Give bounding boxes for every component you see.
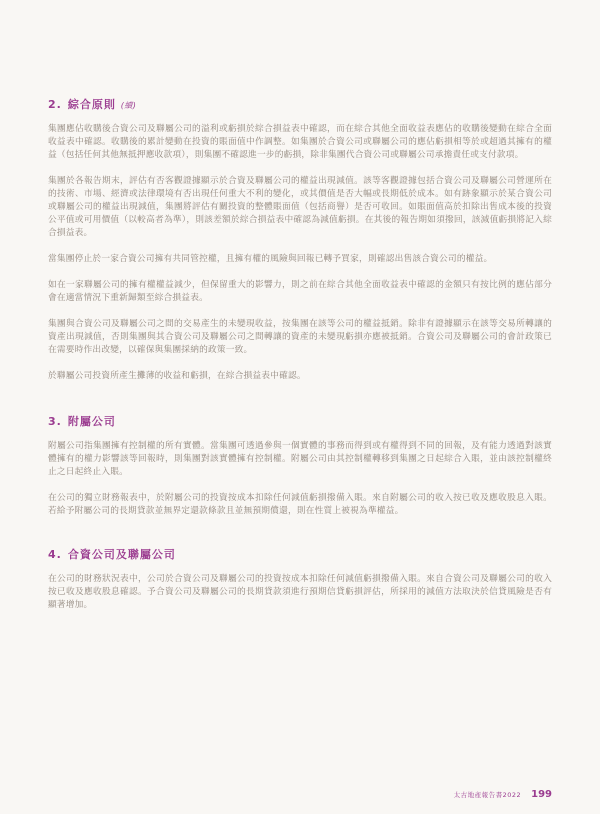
section-title: 合資公司及聯屬公司	[68, 548, 176, 561]
paragraph: 於聯屬公司投資所產生攤薄的收益和虧損，在綜合損益表中確認。	[48, 370, 552, 383]
section-heading: 2.綜合原則 (續)	[48, 96, 552, 112]
section-heading: 4.合資公司及聯屬公司	[48, 546, 552, 562]
paragraph: 集團應佔收購後合資公司及聯屬公司的溢利或虧損於綜合損益表中確認，而在綜合其他全面…	[48, 123, 552, 162]
section-joint-ventures-associates: 4.合資公司及聯屬公司 在公司的財務狀況表中，公司於合資公司及聯屬公司的投資按成…	[48, 546, 552, 612]
report-title: 太古地產報告書2022	[454, 790, 522, 799]
paragraph: 集團與合資公司及聯屬公司之間的交易產生的未變現收益，按集團在該等公司的權益抵銷。…	[48, 318, 552, 357]
paragraph: 當集團停止於一家合資公司擁有共同管控權，且擁有權的風險與回報已轉予買家，則確認出…	[48, 253, 552, 266]
paragraph: 在公司的獨立財務報表中，於附屬公司的投資按成本扣除任何減值虧損撥備入賬。來自附屬…	[48, 492, 552, 518]
paragraph: 如在一家聯屬公司的擁有權權益減少，但保留重大的影響力，則之前在綜合其他全面收益表…	[48, 279, 552, 305]
section-subsidiaries: 3.附屬公司 附屬公司指集團擁有控制權的所有實體。當集團可透過參與一個實體的事務…	[48, 413, 552, 518]
section-title: 附屬公司	[68, 415, 116, 428]
section-title-suffix: (續)	[121, 101, 137, 110]
section-consolidation-principles: 2.綜合原則 (續) 集團應佔收購後合資公司及聯屬公司的溢利或虧損於綜合損益表中…	[48, 96, 552, 383]
page-number: 199	[531, 789, 552, 800]
section-number: 4.	[48, 548, 62, 561]
document-page: 2.綜合原則 (續) 集團應佔收購後合資公司及聯屬公司的溢利或虧損於綜合損益表中…	[0, 0, 600, 814]
section-heading: 3.附屬公司	[48, 413, 552, 429]
paragraph: 附屬公司指集團擁有控制權的所有實體。當集團可透過參與一個實體的事務而得到或有權得…	[48, 440, 552, 479]
section-title: 綜合原則	[68, 98, 116, 111]
section-number: 2.	[48, 98, 62, 111]
paragraph: 集團於各報告期末，評估有否客觀證據顯示於合資及聯屬公司的權益出現減值。該等客觀證…	[48, 175, 552, 240]
section-number: 3.	[48, 415, 62, 428]
paragraph: 在公司的財務狀況表中，公司於合資公司及聯屬公司的投資按成本扣除任何減值虧損撥備入…	[48, 573, 552, 612]
page-footer: 太古地產報告書2022 199	[454, 789, 552, 800]
